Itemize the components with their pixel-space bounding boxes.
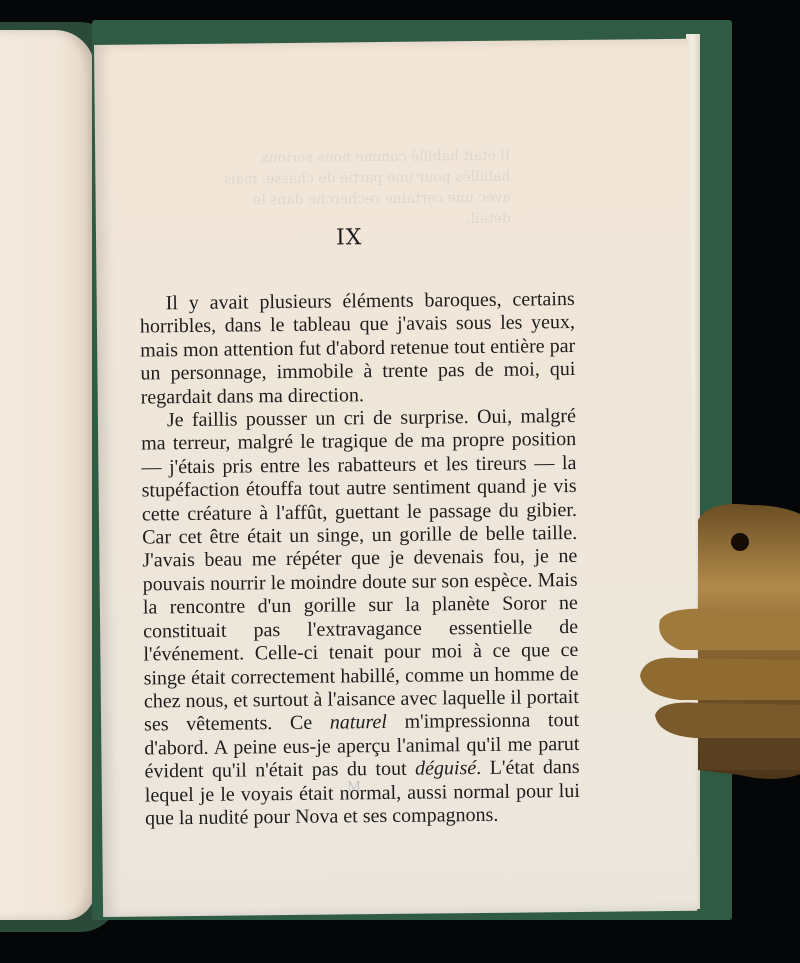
italic-deguise: déguisé [415,757,476,780]
left-page [0,30,95,920]
body-text: Il y avait plusieurs éléments baroques, … [140,288,581,831]
brass-clamp-icon [640,500,800,780]
chapter-heading: IX [336,225,363,250]
paragraph-2: Je faillis pousser un cri de surprise. O… [141,405,580,831]
paragraph-1: Il y avait plusieurs éléments baroques, … [140,288,576,410]
right-page: Il était habillé comme nous serions habi… [94,39,697,917]
pencil-mark: M [347,779,362,795]
italic-naturel: naturel [330,711,387,734]
bleed-through-text: Il était habillé comme nous serions habi… [210,146,511,233]
paragraph-2-part-1: Je faillis pousser un cri de surprise. O… [141,405,579,736]
